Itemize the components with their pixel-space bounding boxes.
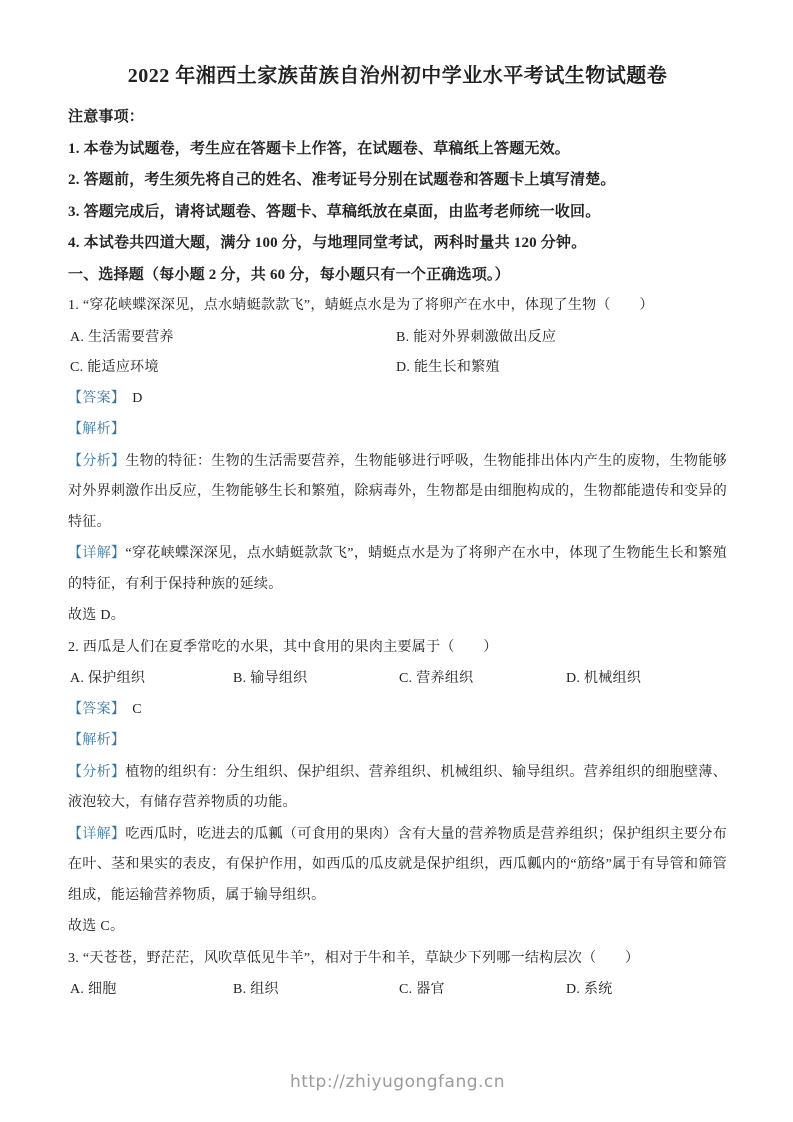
question-2-answer-value: C [125,702,142,717]
question-2-analysis-paragraph: 【分析】植物的组织有：分生组织、保护组织、营养组织、机械组织、输导组织。营养组织… [68,758,727,819]
analyze-label: 【分析】 [68,765,125,780]
analysis-section-label: 【解析】 [68,415,727,446]
question-2-option-b: B. 输导组织 [233,664,399,695]
question-1-options-row-2: C. 能适应环境 D. 能生长和繁殖 [68,353,727,384]
question-1-analysis-text: 生物的特征：生物的生活需要营养，生物能够进行呼吸，生物能排出体内产生的废物，生物… [68,454,727,530]
notice-heading: 注意事项： [68,102,727,133]
question-1-detail-paragraph: 【详解】“穿花峡蝶深深见，点水蜻蜓款款飞”，蜻蜓点水是为了将卵产在水中，体现了生… [68,539,727,600]
question-3-option-d: D. 系统 [566,975,727,1006]
question-1-option-d: D. 能生长和繁殖 [396,353,727,384]
question-2-detail-text: 吃西瓜时，吃进去的瓜瓤（可食用的果肉）含有大量的营养物质是营养组织；保护组织主要… [68,827,727,903]
question-1-option-b: B. 能对外界刺激做出反应 [396,323,727,354]
question-3-option-b: B. 组织 [233,975,399,1006]
question-1-conclusion: 故选 D。 [68,601,727,632]
question-1-detail-text: “穿花峡蝶深深见，点水蜻蜓款款飞”，蜻蜓点水是为了将卵产在水中，体现了生物能生长… [68,546,727,592]
detail-label: 【详解】 [68,827,125,842]
question-1-option-c: C. 能适应环境 [70,353,396,384]
question-1-stem: 1. “穿花峡蝶深深见，点水蜻蜓款款飞”，蜻蜓点水是为了将卵产在水中，体现了生物… [68,291,727,322]
question-2-analysis-text: 植物的组织有：分生组织、保护组织、营养组织、机械组织、输导组织。营养组织的细胞壁… [68,765,727,811]
question-2-option-d: D. 机械组织 [566,664,727,695]
question-1-options-row-1: A. 生活需要营养 B. 能对外界刺激做出反应 [68,323,727,354]
question-2-detail-paragraph: 【详解】吃西瓜时，吃进去的瓜瓤（可食用的果肉）含有大量的营养物质是营养组织；保护… [68,820,727,912]
watermark-url: http://zhiyugongfang.cn [68,1072,727,1092]
answer-label: 【答案】 [68,702,125,717]
notice-item-3: 3. 答题完成后，请将试题卷、答题卡、草稿纸放在桌面，由监考老师统一收回。 [68,197,727,228]
question-1-analysis-paragraph: 【分析】生物的特征：生物的生活需要营养，生物能够进行呼吸，生物能排出体内产生的废… [68,447,727,539]
question-2-options-row: A. 保护组织 B. 输导组织 C. 营养组织 D. 机械组织 [68,664,727,695]
exam-document-page: 2022 年湘西土家族苗族自治州初中学业水平考试生物试题卷 注意事项： 1. 本… [0,0,793,1092]
analyze-label: 【分析】 [68,454,125,469]
notice-item-4: 4. 本试卷共四道大题，满分 100 分，与地理同堂考试，两科时量共 120 分… [68,228,727,259]
notice-item-2: 2. 答题前，考生须先将自己的姓名、准考证号分别在试题卷和答题卡上填写清楚。 [68,165,727,196]
question-2-option-c: C. 营养组织 [399,664,566,695]
question-2-option-a: A. 保护组织 [70,664,233,695]
question-3-option-c: C. 器官 [399,975,566,1006]
question-3-options-row: A. 细胞 B. 组织 C. 器官 D. 系统 [68,975,727,1006]
analysis-section-label: 【解析】 [68,726,727,757]
notice-item-1: 1. 本卷为试题卷，考生应在答题卡上作答，在试题卷、草稿纸上答题无效。 [68,134,727,165]
page-title: 2022 年湘西土家族苗族自治州初中学业水平考试生物试题卷 [68,58,727,94]
question-1-option-a: A. 生活需要营养 [70,323,396,354]
question-1-answer-value: D [125,391,142,406]
question-3-stem: 3. “天苍苍，野茫茫，风吹草低见牛羊”，相对于牛和羊，草缺少下列哪一结构层次（… [68,944,727,975]
question-3-option-a: A. 细胞 [70,975,233,1006]
answer-label: 【答案】 [68,391,125,406]
section-heading: 一、选择题（每小题 2 分，共 60 分，每小题只有一个正确选项。） [68,260,727,291]
question-2-stem: 2. 西瓜是人们在夏季常吃的水果，其中食用的果肉主要属于（ ） [68,633,727,664]
detail-label: 【详解】 [68,546,125,561]
question-1-answer-line: 【答案】D [68,384,727,415]
question-2-conclusion: 故选 C。 [68,912,727,943]
question-2-answer-line: 【答案】C [68,695,727,726]
